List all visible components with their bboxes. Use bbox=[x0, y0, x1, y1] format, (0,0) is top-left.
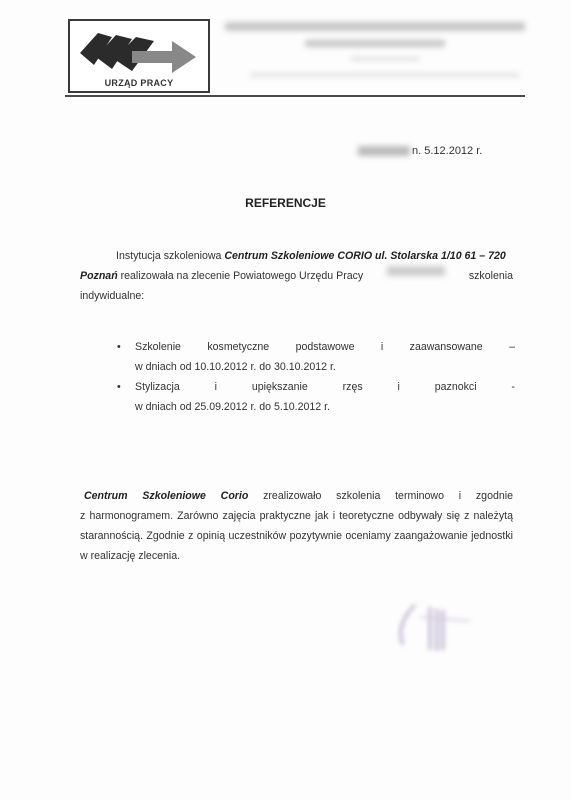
institution-subname-redacted bbox=[305, 40, 445, 47]
closing-line-2: z harmonogramem. Zarówno zajęcia praktyc… bbox=[80, 506, 513, 526]
place-redacted bbox=[358, 146, 410, 156]
labor-office-arrow-icon bbox=[76, 25, 202, 77]
intro-line-1: Instytucja szkoleniowa Centrum Szkolenio… bbox=[80, 246, 513, 266]
intro-line-3: indywidualne: bbox=[80, 286, 513, 306]
training-dates: w dniach od 10.10.2012 r. do 30.10.2012 … bbox=[135, 357, 515, 377]
bullet-icon: • bbox=[117, 337, 121, 357]
institution-address-redacted bbox=[350, 57, 420, 61]
logo-text: URZĄD PRACY bbox=[70, 78, 208, 88]
training-list: • Szkoleniekosmetycznepodstawoweizaawans… bbox=[117, 337, 515, 417]
training-dates: w dniach od 25.09.2012 r. do 5.10.2012 r… bbox=[135, 397, 515, 417]
closing-line-1: CentrumSzkolenioweCoriozrealizowałoszkol… bbox=[80, 486, 513, 506]
closing-paragraph: CentrumSzkolenioweCoriozrealizowałoszkol… bbox=[80, 486, 513, 566]
training-item: • Szkoleniekosmetycznepodstawoweizaawans… bbox=[117, 337, 515, 377]
city-name: Poznań bbox=[80, 270, 118, 282]
header-divider bbox=[65, 95, 525, 97]
bullet-icon: • bbox=[117, 377, 121, 397]
closing-line-4: w realizację zlecenia. bbox=[80, 546, 513, 566]
institution-name-redacted bbox=[225, 22, 525, 31]
institution-contact-redacted bbox=[250, 73, 520, 77]
intro-line-2: Poznań realizowała na zlecenie Powiatowe… bbox=[80, 266, 513, 286]
document-date: n. 5.12.2012 r. bbox=[358, 145, 482, 157]
office-name-redacted bbox=[387, 266, 445, 276]
intro-paragraph: Instytucja szkoleniowa Centrum Szkolenio… bbox=[80, 246, 513, 306]
training-item: • Stylizacjaiupiększanierzęsipaznokci- w… bbox=[117, 377, 515, 417]
closing-line-3: starannością. Zgodnie z opinią uczestnik… bbox=[80, 526, 513, 546]
signature-icon bbox=[385, 595, 475, 655]
institution-name: Centrum Szkoleniowe CORIO ul. Stolarska … bbox=[224, 250, 505, 262]
date-value: n. 5.12.2012 r. bbox=[412, 145, 482, 157]
document-title: REFERENCJE bbox=[0, 196, 571, 210]
urzad-pracy-logo: URZĄD PRACY bbox=[68, 19, 210, 93]
